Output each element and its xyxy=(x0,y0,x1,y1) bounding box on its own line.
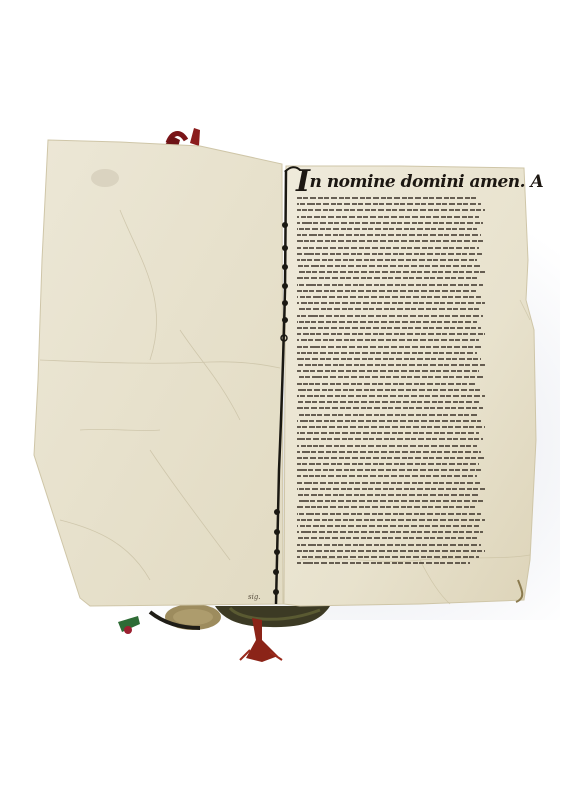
manuscript-svg xyxy=(0,0,573,800)
manuscript-photo: In nomine domini amen. A sig. xyxy=(0,0,573,800)
text-line xyxy=(297,315,483,317)
text-line xyxy=(297,438,483,440)
text-line xyxy=(297,277,479,279)
text-line xyxy=(297,228,477,230)
text-line xyxy=(297,222,483,224)
archival-mark: sig. xyxy=(248,593,261,601)
text-line xyxy=(297,216,479,218)
text-line xyxy=(297,284,483,286)
text-line xyxy=(297,203,481,205)
text-line xyxy=(297,333,485,335)
text-line xyxy=(297,389,481,391)
text-line xyxy=(297,259,477,261)
text-line xyxy=(297,271,485,273)
text-line xyxy=(297,544,481,546)
text-line xyxy=(297,358,481,360)
text-line xyxy=(297,500,483,502)
text-line xyxy=(297,265,481,267)
text-line xyxy=(297,494,479,496)
text-line xyxy=(297,364,485,366)
text-line xyxy=(297,506,477,508)
text-line xyxy=(297,457,485,459)
text-line xyxy=(297,426,485,428)
text-line xyxy=(297,395,485,397)
text-line xyxy=(297,432,479,434)
text-line xyxy=(297,376,483,378)
text-line xyxy=(297,463,479,465)
decorated-initial: I xyxy=(296,164,310,199)
text-line xyxy=(297,513,481,515)
text-line xyxy=(297,327,481,329)
text-line xyxy=(297,488,485,490)
text-line xyxy=(297,247,479,249)
text-line xyxy=(297,240,485,242)
text-line xyxy=(297,209,485,211)
text-line xyxy=(297,420,481,422)
text-line xyxy=(297,253,483,255)
text-line xyxy=(297,550,485,552)
text-line xyxy=(297,352,477,354)
text-line xyxy=(297,302,485,304)
text-line xyxy=(297,308,479,310)
text-line xyxy=(297,531,483,533)
text-line xyxy=(297,290,477,292)
text-line xyxy=(297,519,485,521)
text-line xyxy=(297,197,477,199)
text-line xyxy=(297,562,470,564)
text-line xyxy=(297,525,479,527)
text-line xyxy=(297,296,481,298)
text-line xyxy=(297,234,481,236)
text-line xyxy=(297,407,483,409)
text-line xyxy=(297,451,481,453)
stain xyxy=(91,169,119,187)
charter-heading: In nomine domini amen. A xyxy=(296,172,543,192)
text-line xyxy=(297,346,483,348)
left-page xyxy=(34,140,283,606)
text-line xyxy=(297,537,477,539)
text-line xyxy=(297,339,479,341)
hanging-seals xyxy=(118,604,330,662)
text-line xyxy=(297,482,481,484)
heading-text: n nomine domini amen. A xyxy=(310,172,544,192)
text-line xyxy=(297,469,483,471)
text-line xyxy=(297,445,477,447)
text-line xyxy=(297,321,477,323)
text-line xyxy=(297,414,477,416)
text-line xyxy=(297,401,479,403)
text-line xyxy=(297,556,479,558)
text-line xyxy=(297,383,477,385)
charter-text-block xyxy=(297,197,485,568)
text-line xyxy=(297,370,479,372)
text-line xyxy=(297,475,477,477)
